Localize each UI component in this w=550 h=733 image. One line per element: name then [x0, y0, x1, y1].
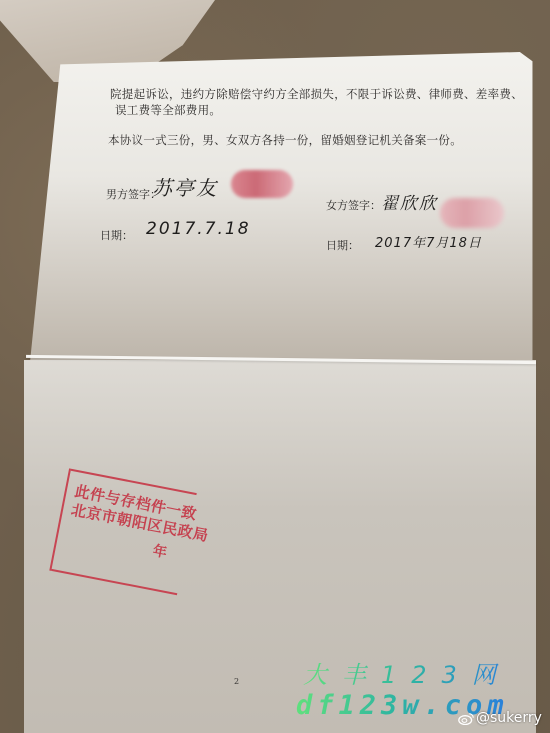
- redacted-fingerprint-male: [231, 170, 293, 198]
- redacted-fingerprint-female: [440, 198, 504, 228]
- male-date: 2017.7.18: [146, 219, 251, 239]
- watermark-site-name: 大丰123网: [303, 655, 511, 690]
- female-signature: 翟欣欣: [381, 189, 438, 214]
- weibo-handle: @sukerry: [476, 710, 542, 726]
- weibo-icon: [458, 712, 474, 725]
- stamp-line-3: 年: [151, 540, 169, 562]
- clause-text-line-1: 院提起诉讼，违约方除赔偿守约方全部损失，不限于诉讼费、律师费、差率费、: [110, 86, 523, 102]
- copies-clause-text: 本协议一式三份，男、女双方各持一份，留婚姻登记机关备案一份。: [108, 132, 462, 148]
- weibo-attribution: @sukerry: [458, 710, 542, 726]
- clause-text-line-2: 误工费等全部费用。: [115, 102, 221, 118]
- page-number: 2: [234, 677, 239, 686]
- female-date: 2017年7月18日: [375, 232, 482, 251]
- male-signature: 苏亭友: [152, 172, 218, 201]
- male-date-label: 日期：: [100, 227, 133, 243]
- female-date-label: 日期：: [326, 237, 359, 253]
- female-signature-label: 女方签字：: [326, 197, 381, 213]
